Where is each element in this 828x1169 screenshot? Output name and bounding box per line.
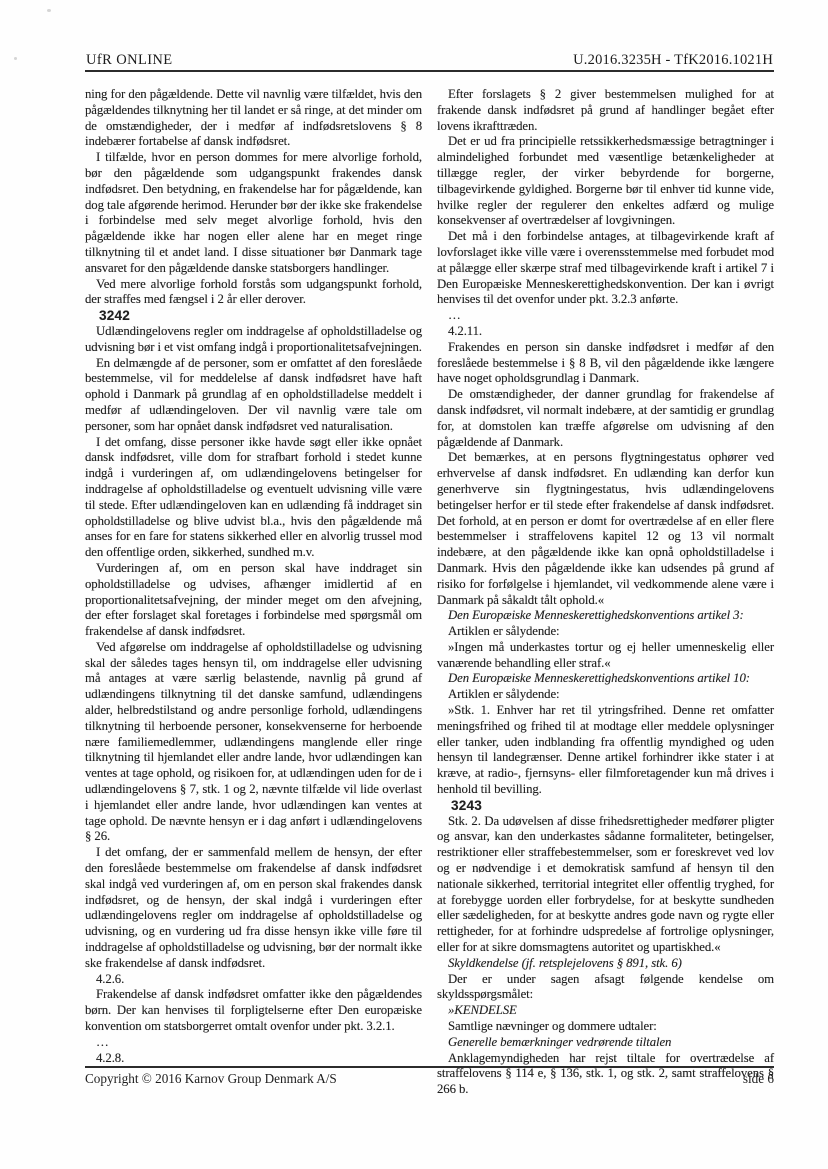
paragraph: Det bemærkes, at en persons flygtningest… [437, 450, 774, 608]
paragraph: Frakendelse af dansk indfødsret omfatter… [85, 987, 422, 1034]
paragraph: Stk. 2. Da udøvelsen af disse frihedsret… [437, 814, 774, 956]
case-citation: U.2016.3235H - TfK2016.1021H [573, 52, 773, 69]
paragraph: Vurderingen af, om en person skal have i… [85, 561, 422, 640]
paragraph: Det må i den forbindelse antages, at til… [437, 229, 774, 308]
paragraph: Udlændingelovens regler om inddragelse a… [85, 324, 422, 356]
paragraph: I det omfang, disse personer ikke havde … [85, 435, 422, 561]
page-number: side 6 [743, 1071, 774, 1087]
paragraph: De omstændigheder, der danner grundlag f… [437, 387, 774, 450]
right-column: Efter forslagets § 2 giver bestemmelsen … [437, 87, 774, 1098]
paragraph: Artiklen er sålydende: [437, 687, 774, 703]
paragraph: Generelle bemærkninger vedrørende tiltal… [437, 1035, 774, 1051]
paragraph: Artiklen er sålydende: [437, 624, 774, 640]
omission-ellipsis: … [437, 308, 774, 324]
footer-divider [85, 1066, 774, 1068]
paragraph: Frakendes en person sin danske indfødsre… [437, 340, 774, 387]
paragraph: Skyldkendelse (jf. retsplejelovens § 891… [437, 956, 774, 972]
paragraph: »Ingen må underkastes tortur og ej helle… [437, 640, 774, 672]
section-reference: 4.2.11. [437, 324, 774, 340]
section-reference: 4.2.6. [85, 972, 422, 988]
paragraph: Ved afgørelse om inddragelse af opholdst… [85, 640, 422, 845]
paragraph: Samtlige nævninger og dommere udtaler: [437, 1019, 774, 1035]
page-body: ning for den pågældende. Dette vil navnl… [85, 87, 775, 1098]
paragraph: »Stk. 1. Enhver har ret til ytringsfrihe… [437, 703, 774, 798]
paragraph: Ved mere alvorlige forhold forstås som u… [85, 277, 422, 309]
header-divider [85, 70, 774, 72]
paragraph: I tilfælde, hvor en person dommes for me… [85, 150, 422, 276]
paragraph: Den Europæiske Menneskerettighedskonvent… [437, 608, 774, 624]
page-footer: Copyright © 2016 Karnov Group Denmark A/… [85, 1071, 774, 1087]
scan-artifact [14, 57, 17, 60]
journal-name: UfR ONLINE [86, 52, 173, 69]
page-number-marker: 3243 [437, 798, 774, 814]
page-number-marker: 3242 [85, 308, 422, 324]
section-reference: 4.2.8. [85, 1051, 422, 1067]
paragraph: I det omfang, der er sammenfald mellem d… [85, 845, 422, 971]
paragraph: Den Europæiske Menneskerettighedskonvent… [437, 671, 774, 687]
paragraph: Det er ud fra principielle retssikkerhed… [437, 134, 774, 229]
left-column: ning for den pågældende. Dette vil navnl… [85, 87, 422, 1098]
paragraph: ning for den pågældende. Dette vil navnl… [85, 87, 422, 150]
paragraph: En delmængde af de personer, som er omfa… [85, 356, 422, 435]
omission-ellipsis: … [85, 1035, 422, 1051]
paragraph: »KENDELSE [437, 1003, 774, 1019]
paragraph: Der er under sagen afsagt følgende kende… [437, 972, 774, 1004]
document-page: UfR ONLINE U.2016.3235H - TfK2016.1021H … [0, 0, 828, 1169]
copyright-notice: Copyright © 2016 Karnov Group Denmark A/… [85, 1071, 337, 1087]
scan-artifact [47, 9, 51, 12]
paragraph: Efter forslagets § 2 giver bestemmelsen … [437, 87, 774, 134]
